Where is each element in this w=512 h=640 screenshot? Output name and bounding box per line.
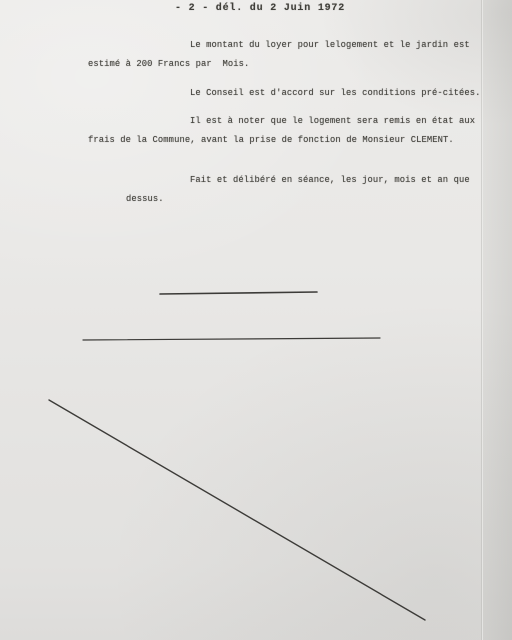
paper-edge-shadow <box>483 0 512 640</box>
ink-line-long <box>83 338 380 340</box>
ink-line-diagonal <box>49 400 425 620</box>
ink-strokes-overlay <box>0 0 512 640</box>
ink-line-short <box>160 292 317 294</box>
document-photo: - 2 - dél. du 2 Juin 1972 Le montant du … <box>0 0 512 640</box>
